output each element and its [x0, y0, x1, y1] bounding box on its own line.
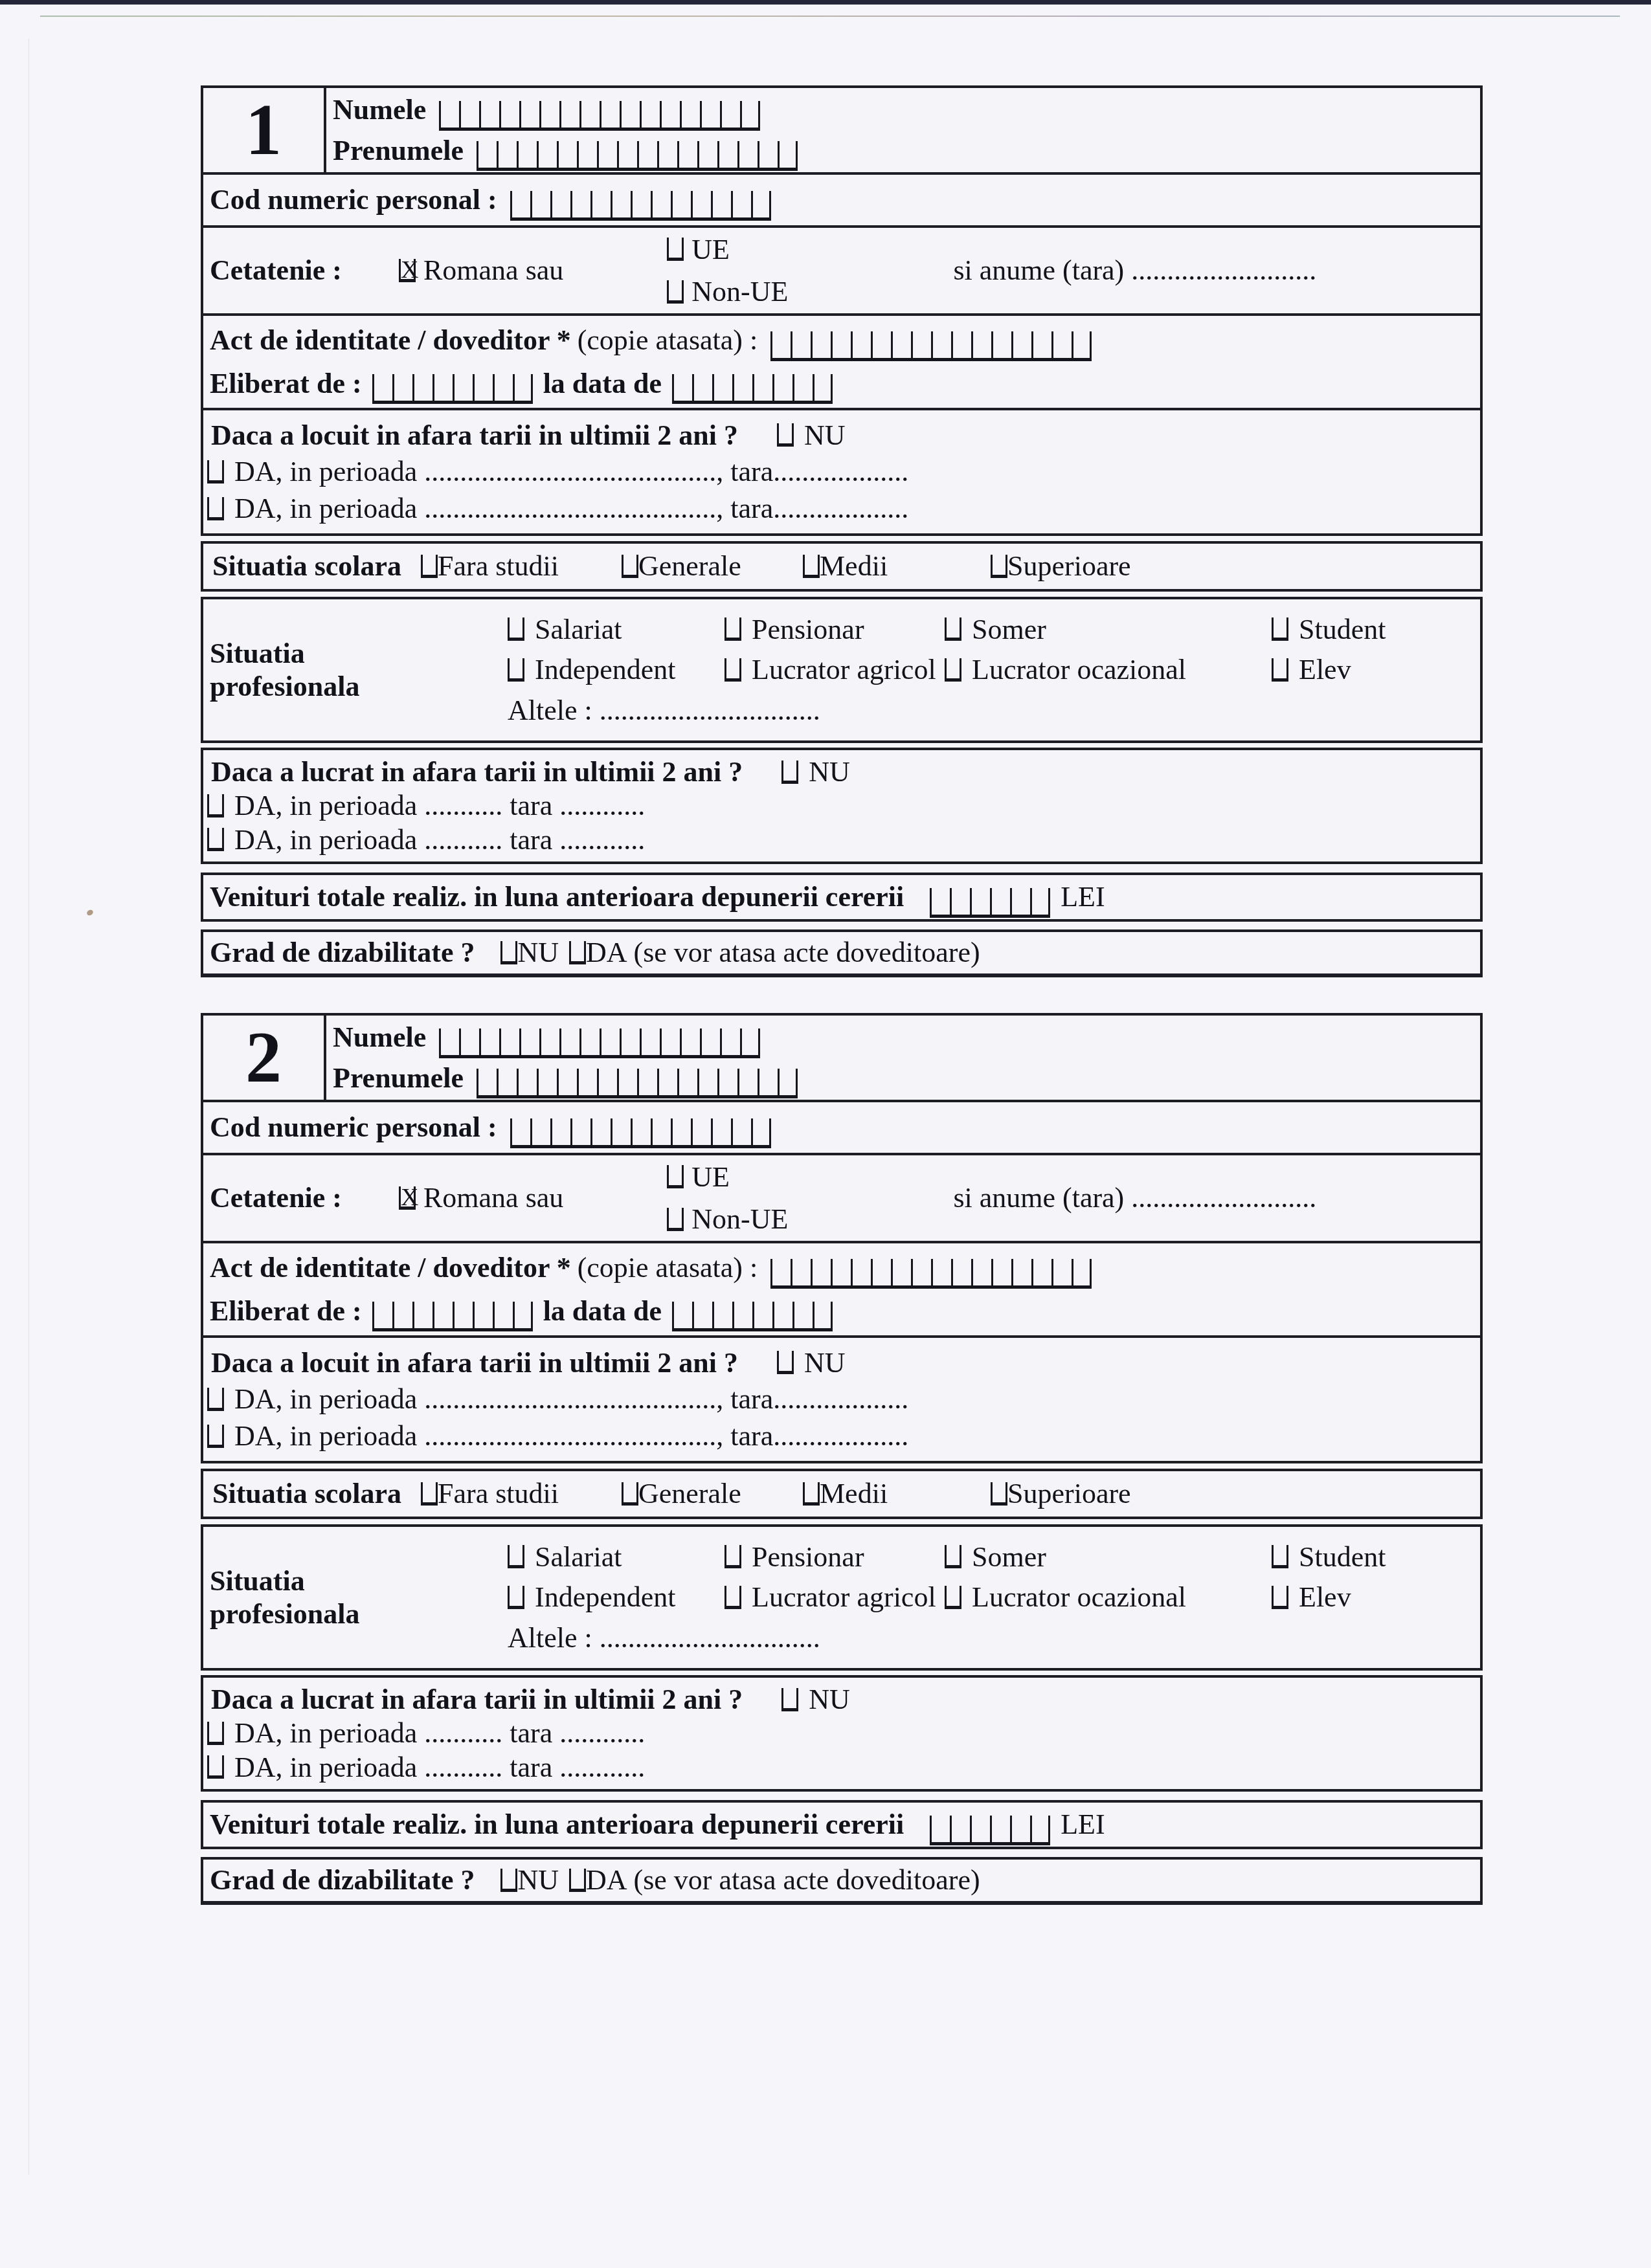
character-box[interactable] [717, 1069, 737, 1098]
checkbox-worked-abroad-da-1[interactable] [207, 794, 224, 817]
character-box[interactable] [510, 1118, 530, 1148]
character-box[interactable] [831, 1259, 851, 1289]
character-box[interactable] [751, 1118, 771, 1148]
lived-abroad-da-line-2[interactable]: DA, in perioada ........................… [234, 493, 908, 524]
character-box[interactable] [671, 1118, 691, 1148]
eliberat-input-boxes[interactable] [372, 374, 533, 404]
character-box[interactable] [672, 1302, 692, 1331]
character-box[interactable] [499, 101, 519, 131]
character-box[interactable] [459, 101, 479, 131]
character-box[interactable] [497, 141, 517, 171]
la-data-input-boxes[interactable] [672, 374, 833, 404]
character-box[interactable] [577, 1069, 597, 1098]
character-box[interactable] [1011, 1259, 1031, 1289]
income-input-boxes[interactable] [930, 1816, 1050, 1845]
checkbox-non-ue[interactable] [667, 1208, 684, 1231]
character-box[interactable] [539, 1028, 559, 1058]
character-box[interactable] [611, 191, 631, 221]
character-box[interactable] [539, 101, 559, 131]
character-box[interactable] [519, 1028, 539, 1058]
name-label: Numele [333, 94, 426, 126]
checkbox-pensionar[interactable] [724, 617, 741, 641]
character-box[interactable] [559, 1028, 579, 1058]
checkbox-disability-nu[interactable] [500, 1869, 517, 1892]
act-input-boxes[interactable] [770, 331, 1092, 361]
checkbox-lived-abroad-da-1[interactable] [207, 460, 224, 484]
character-box[interactable] [660, 101, 680, 131]
character-box[interactable] [513, 1302, 533, 1331]
character-box[interactable] [590, 191, 611, 221]
character-box[interactable] [792, 374, 813, 404]
character-box[interactable] [479, 101, 499, 131]
disability-da-label: DA [586, 937, 627, 968]
income-input-boxes[interactable] [930, 888, 1050, 918]
ue-label: UE [691, 1161, 730, 1193]
checkbox-lucrator-ocazional[interactable] [945, 1586, 961, 1609]
si-anume-line[interactable]: si anume (tara) ........................… [953, 254, 1316, 286]
character-box[interactable] [732, 374, 752, 404]
character-box[interactable] [537, 141, 557, 171]
character-box[interactable] [477, 141, 497, 171]
cnp-row: Cod numeric personal : [203, 1100, 1480, 1153]
checkbox-medii[interactable] [803, 555, 820, 578]
romana-label: Romana sau [423, 254, 563, 286]
character-box[interactable] [691, 1118, 711, 1148]
character-box[interactable] [813, 374, 833, 404]
character-box[interactable] [579, 101, 600, 131]
lived-abroad-question: Daca a locuit in afara tarii in ultimii … [211, 419, 738, 451]
character-box[interactable] [1030, 1816, 1050, 1845]
character-box[interactable] [720, 1028, 740, 1058]
character-box[interactable] [1072, 1259, 1092, 1289]
character-box[interactable] [970, 888, 990, 918]
character-box[interactable] [570, 191, 590, 221]
la-data-label: la data de [543, 1295, 662, 1327]
name-fields: Numele Prenumele [326, 1016, 1480, 1100]
non-ue-label: Non-UE [691, 1203, 788, 1235]
worked-abroad-da-line-2[interactable]: DA, in perioada ........... tara .......… [234, 824, 645, 856]
act-label: Act de identitate / doveditor * [210, 1252, 571, 1284]
character-box[interactable] [772, 374, 792, 404]
surname-input-boxes[interactable] [477, 141, 798, 171]
checkbox-lived-abroad-nu[interactable] [777, 423, 794, 447]
lucrator-ocazional-label: Lucrator ocazional [972, 654, 1186, 685]
income-label: Venituri totale realiz. in luna anterioa… [210, 1808, 904, 1840]
worked-abroad-da-line-1[interactable]: DA, in perioada ........... tara .......… [234, 790, 645, 821]
checkbox-elev[interactable] [1272, 1586, 1288, 1609]
character-box[interactable] [517, 141, 537, 171]
eliberat-input-boxes[interactable] [372, 1302, 533, 1331]
character-box[interactable] [550, 1118, 570, 1148]
cnp-label: Cod numeric personal : [210, 184, 497, 216]
character-box[interactable] [439, 1028, 459, 1058]
character-box[interactable] [651, 1118, 671, 1148]
character-box[interactable] [473, 374, 493, 404]
character-box[interactable] [758, 1069, 778, 1098]
character-box[interactable] [392, 1302, 412, 1331]
checkbox-ue[interactable] [667, 238, 684, 261]
character-box[interactable] [550, 191, 570, 221]
ue-label: UE [691, 234, 730, 265]
character-box[interactable] [951, 331, 971, 361]
checkbox-superioare[interactable] [991, 555, 1007, 578]
character-box[interactable] [700, 101, 720, 131]
cnp-input-boxes[interactable] [510, 1118, 771, 1148]
character-box[interactable] [931, 331, 951, 361]
generale-label: Generale [638, 550, 741, 582]
character-box[interactable] [778, 141, 798, 171]
applicant-section: 1 Numele Prenumele Cod numeric personal … [201, 85, 1483, 977]
checkbox-worked-abroad-da-1[interactable] [207, 1722, 224, 1745]
character-box[interactable] [1031, 331, 1051, 361]
cnp-row: Cod numeric personal : [203, 172, 1480, 225]
schooling-row: Situatia scolara Fara studii Generale Me… [201, 1469, 1483, 1519]
name-input-boxes[interactable] [439, 101, 760, 131]
character-box[interactable] [499, 1028, 519, 1058]
character-box[interactable] [772, 1302, 792, 1331]
checkbox-generale[interactable] [622, 555, 638, 578]
checkbox-disability-da[interactable] [569, 941, 586, 964]
character-box[interactable] [700, 1028, 720, 1058]
character-box[interactable] [459, 1028, 479, 1058]
checkbox-romana-checked[interactable]: X [399, 259, 416, 282]
character-box[interactable] [497, 1069, 517, 1098]
character-box[interactable] [453, 374, 473, 404]
character-box[interactable] [950, 1816, 970, 1845]
character-box[interactable] [737, 141, 758, 171]
character-box[interactable] [570, 1118, 590, 1148]
name-input-boxes[interactable] [439, 1028, 760, 1058]
salariat-label: Salariat [535, 614, 622, 645]
character-box[interactable] [1031, 1259, 1051, 1289]
character-box[interactable] [971, 331, 991, 361]
scan-ink-speck [86, 909, 95, 917]
character-box[interactable] [990, 888, 1010, 918]
checkbox-non-ue[interactable] [667, 280, 684, 304]
lucrator-ocazional-label: Lucrator ocazional [972, 1581, 1186, 1613]
character-box[interactable] [372, 1302, 392, 1331]
checkbox-disability-da[interactable] [569, 1869, 586, 1892]
lived-abroad-row: Daca a locuit in afara tarii in ultimii … [203, 1335, 1480, 1461]
character-box[interactable] [991, 1259, 1011, 1289]
section-number-cell: 1 [203, 88, 326, 172]
disability-note: (se vor atasa acte doveditoare) [634, 937, 980, 968]
character-box[interactable] [617, 1069, 637, 1098]
checkbox-ue[interactable] [667, 1165, 684, 1188]
character-box[interactable] [970, 1816, 990, 1845]
section-number: 2 [245, 1021, 282, 1094]
character-box[interactable] [770, 331, 791, 361]
checkbox-independent[interactable] [508, 1586, 524, 1609]
checkbox-disability-nu[interactable] [500, 941, 517, 964]
checkbox-lived-abroad-da-2[interactable] [207, 1425, 224, 1448]
checkbox-lucrator-agricol[interactable] [724, 658, 741, 682]
character-box[interactable] [871, 331, 891, 361]
character-box[interactable] [891, 1259, 911, 1289]
character-box[interactable] [990, 1816, 1010, 1845]
professional-label-line2: profesionala [210, 1598, 372, 1630]
identity-document-row: Act de identitate / doveditor * (copie a… [203, 1241, 1480, 1335]
character-box[interactable] [677, 1069, 697, 1098]
income-label: Venituri totale realiz. in luna anterioa… [210, 881, 904, 913]
character-box[interactable] [611, 1118, 631, 1148]
surname-input-boxes[interactable] [477, 1069, 798, 1098]
medii-label: Medii [820, 1478, 888, 1509]
checkbox-worked-abroad-da-2[interactable] [207, 1755, 224, 1779]
worked-abroad-row: Daca a lucrat in afara tarii in ultimii … [201, 1675, 1483, 1792]
character-box[interactable] [640, 1028, 660, 1058]
checkbox-student[interactable] [1272, 1545, 1288, 1568]
checkbox-superioare[interactable] [991, 1482, 1007, 1506]
character-box[interactable] [851, 331, 871, 361]
character-box[interactable] [751, 191, 771, 221]
checkbox-lived-abroad-da-2[interactable] [207, 497, 224, 520]
checkbox-somer[interactable] [945, 1545, 961, 1568]
checkbox-fara-studii[interactable] [421, 555, 438, 578]
character-box[interactable] [479, 1028, 499, 1058]
character-box[interactable] [640, 101, 660, 131]
character-box[interactable] [731, 191, 751, 221]
character-box[interactable] [930, 1816, 950, 1845]
worked-abroad-da-line-2[interactable]: DA, in perioada ........... tara .......… [234, 1751, 645, 1783]
professional-row: Situatia profesionala Salariat Pensionar… [201, 597, 1483, 743]
act-input-boxes[interactable] [770, 1259, 1092, 1289]
checkbox-lucrator-agricol[interactable] [724, 1586, 741, 1609]
checkbox-worked-abroad-nu[interactable] [781, 761, 798, 784]
character-box[interactable] [600, 1028, 620, 1058]
cnp-label: Cod numeric personal : [210, 1111, 497, 1143]
character-box[interactable] [811, 1259, 831, 1289]
character-box[interactable] [510, 191, 530, 221]
character-box[interactable] [677, 141, 697, 171]
elev-label: Elev [1299, 1581, 1351, 1613]
character-box[interactable] [660, 1028, 680, 1058]
character-box[interactable] [432, 374, 453, 404]
lived-abroad-da-line-1[interactable]: DA, in perioada ........................… [234, 456, 908, 487]
character-box[interactable] [811, 331, 831, 361]
checkbox-romana-checked[interactable]: X [399, 1186, 416, 1210]
act-label-note: (copie atasata) : [578, 324, 758, 356]
character-box[interactable] [412, 1302, 432, 1331]
character-box[interactable] [453, 1302, 473, 1331]
checkbox-fara-studii[interactable] [421, 1482, 438, 1506]
checkbox-salariat[interactable] [508, 1545, 524, 1568]
checkbox-student[interactable] [1272, 617, 1288, 641]
character-box[interactable] [930, 888, 950, 918]
worked-abroad-da-line-1[interactable]: DA, in perioada ........... tara .......… [234, 1717, 645, 1749]
character-box[interactable] [911, 331, 931, 361]
professional-options: Salariat Pensionar Somer Student [372, 599, 1480, 740]
character-box[interactable] [557, 1069, 577, 1098]
professional-row: Situatia profesionala Salariat Pensionar… [201, 1524, 1483, 1671]
character-box[interactable] [1051, 1259, 1072, 1289]
character-box[interactable] [537, 1069, 557, 1098]
character-box[interactable] [672, 374, 692, 404]
generale-label: Generale [638, 1478, 741, 1509]
character-box[interactable] [871, 1259, 891, 1289]
lei-label: LEI [1061, 881, 1105, 913]
character-box[interactable] [517, 1069, 537, 1098]
pensionar-label: Pensionar [752, 614, 864, 645]
character-box[interactable] [680, 1028, 700, 1058]
altele-line[interactable]: Altele : ............................... [508, 695, 820, 726]
character-box[interactable] [711, 191, 731, 221]
character-box[interactable] [557, 141, 577, 171]
altele-line[interactable]: Altele : ............................... [508, 1622, 820, 1654]
character-box[interactable] [1051, 331, 1072, 361]
somer-label: Somer [972, 1541, 1046, 1573]
character-box[interactable] [657, 141, 677, 171]
character-box[interactable] [717, 141, 737, 171]
character-box[interactable] [559, 101, 579, 131]
checkbox-lived-abroad-nu[interactable] [777, 1351, 794, 1374]
character-box[interactable] [691, 191, 711, 221]
identity-block: 1 Numele Prenumele Cod numeric personal … [201, 85, 1483, 536]
nu-label: NU [804, 1347, 846, 1379]
character-box[interactable] [637, 1069, 657, 1098]
character-box[interactable] [931, 1259, 951, 1289]
checkbox-generale[interactable] [622, 1482, 638, 1506]
character-box[interactable] [740, 101, 760, 131]
character-box[interactable] [477, 1069, 497, 1098]
character-box[interactable] [740, 1028, 760, 1058]
character-box[interactable] [951, 1259, 971, 1289]
character-box[interactable] [631, 191, 651, 221]
surname-label: Prenumele [333, 1062, 464, 1094]
character-box[interactable] [752, 1302, 772, 1331]
character-box[interactable] [392, 374, 412, 404]
character-box[interactable] [692, 1302, 712, 1331]
la-data-input-boxes[interactable] [672, 1302, 833, 1331]
disability-note: (se vor atasa acte doveditoare) [634, 1864, 980, 1896]
nu-label: NU [809, 1684, 850, 1715]
character-box[interactable] [513, 374, 533, 404]
character-box[interactable] [631, 1118, 651, 1148]
character-box[interactable] [412, 374, 432, 404]
character-box[interactable] [732, 1302, 752, 1331]
checkbox-lived-abroad-da-1[interactable] [207, 1388, 224, 1411]
character-box[interactable] [813, 1302, 833, 1331]
worked-abroad-question: Daca a lucrat in afara tarii in ultimii … [211, 1684, 743, 1715]
character-box[interactable] [637, 141, 657, 171]
citizenship-row: Cetatenie : X Romana sau UE Non-UE si an… [203, 225, 1480, 313]
si-anume-line[interactable]: si anume (tara) ........................… [953, 1182, 1316, 1214]
character-box[interactable] [600, 101, 620, 131]
character-box[interactable] [692, 374, 712, 404]
character-box[interactable] [617, 141, 637, 171]
nu-label: NU [809, 756, 850, 788]
character-box[interactable] [731, 1118, 751, 1148]
character-box[interactable] [577, 141, 597, 171]
character-box[interactable] [680, 101, 700, 131]
character-box[interactable] [891, 331, 911, 361]
character-box[interactable] [697, 1069, 717, 1098]
character-box[interactable] [770, 1259, 791, 1289]
character-box[interactable] [671, 191, 691, 221]
checkbox-elev[interactable] [1272, 658, 1288, 682]
character-box[interactable] [372, 374, 392, 404]
citizenship-label: Cetatenie : [210, 1182, 399, 1214]
checkbox-medii[interactable] [803, 1482, 820, 1506]
character-box[interactable] [791, 1259, 811, 1289]
character-box[interactable] [752, 374, 772, 404]
character-box[interactable] [493, 374, 513, 404]
character-box[interactable] [597, 141, 617, 171]
character-box[interactable] [579, 1028, 600, 1058]
character-box[interactable] [1072, 331, 1092, 361]
character-box[interactable] [971, 1259, 991, 1289]
character-box[interactable] [1010, 1816, 1030, 1845]
character-box[interactable] [493, 1302, 513, 1331]
character-box[interactable] [711, 1118, 731, 1148]
citizenship-label: Cetatenie : [210, 254, 399, 286]
checkbox-independent[interactable] [508, 658, 524, 682]
character-box[interactable] [831, 331, 851, 361]
character-box[interactable] [620, 1028, 640, 1058]
disability-row: Grad de dizabilitate ? NU DA (se vor ata… [201, 1857, 1483, 1905]
lived-abroad-da-line-1[interactable]: DA, in perioada ........................… [234, 1383, 908, 1415]
character-box[interactable] [1010, 888, 1030, 918]
character-box[interactable] [1030, 888, 1050, 918]
character-box[interactable] [597, 1069, 617, 1098]
name-row: 2 Numele Prenumele [203, 1016, 1480, 1100]
cnp-input-boxes[interactable] [510, 191, 771, 221]
lived-abroad-da-line-2[interactable]: DA, in perioada ........................… [234, 1420, 908, 1452]
checkbox-salariat[interactable] [508, 617, 524, 641]
checkbox-lucrator-ocazional[interactable] [945, 658, 961, 682]
character-box[interactable] [737, 1069, 758, 1098]
character-box[interactable] [758, 141, 778, 171]
character-box[interactable] [432, 1302, 453, 1331]
superioare-label: Superioare [1007, 550, 1131, 582]
character-box[interactable] [778, 1069, 798, 1098]
character-box[interactable] [712, 1302, 732, 1331]
character-box[interactable] [851, 1259, 871, 1289]
character-box[interactable] [530, 1118, 550, 1148]
character-box[interactable] [530, 191, 550, 221]
character-box[interactable] [697, 141, 717, 171]
character-box[interactable] [473, 1302, 493, 1331]
character-box[interactable] [911, 1259, 931, 1289]
character-box[interactable] [1011, 331, 1031, 361]
character-box[interactable] [651, 191, 671, 221]
nu-label: NU [804, 419, 846, 451]
section-number: 1 [245, 94, 282, 166]
worked-abroad-row: Daca a lucrat in afara tarii in ultimii … [201, 748, 1483, 864]
checkbox-worked-abroad-nu[interactable] [781, 1688, 798, 1711]
character-box[interactable] [712, 374, 732, 404]
character-box[interactable] [620, 101, 640, 131]
character-box[interactable] [439, 101, 459, 131]
identity-document-row: Act de identitate / doveditor * (copie a… [203, 313, 1480, 408]
character-box[interactable] [792, 1302, 813, 1331]
somer-label: Somer [972, 614, 1046, 645]
character-box[interactable] [791, 331, 811, 361]
character-box[interactable] [519, 101, 539, 131]
character-box[interactable] [950, 888, 970, 918]
character-box[interactable] [991, 331, 1011, 361]
checkbox-worked-abroad-da-2[interactable] [207, 828, 224, 851]
character-box[interactable] [720, 101, 740, 131]
lucrator-agricol-label: Lucrator agricol [752, 1581, 936, 1613]
checkbox-somer[interactable] [945, 617, 961, 641]
lei-label: LEI [1061, 1808, 1105, 1840]
identity-block: 2 Numele Prenumele Cod numeric personal … [201, 1013, 1483, 1463]
checkbox-pensionar[interactable] [724, 1545, 741, 1568]
character-box[interactable] [590, 1118, 611, 1148]
character-box[interactable] [657, 1069, 677, 1098]
professional-label: Situatia profesionala [203, 599, 372, 740]
